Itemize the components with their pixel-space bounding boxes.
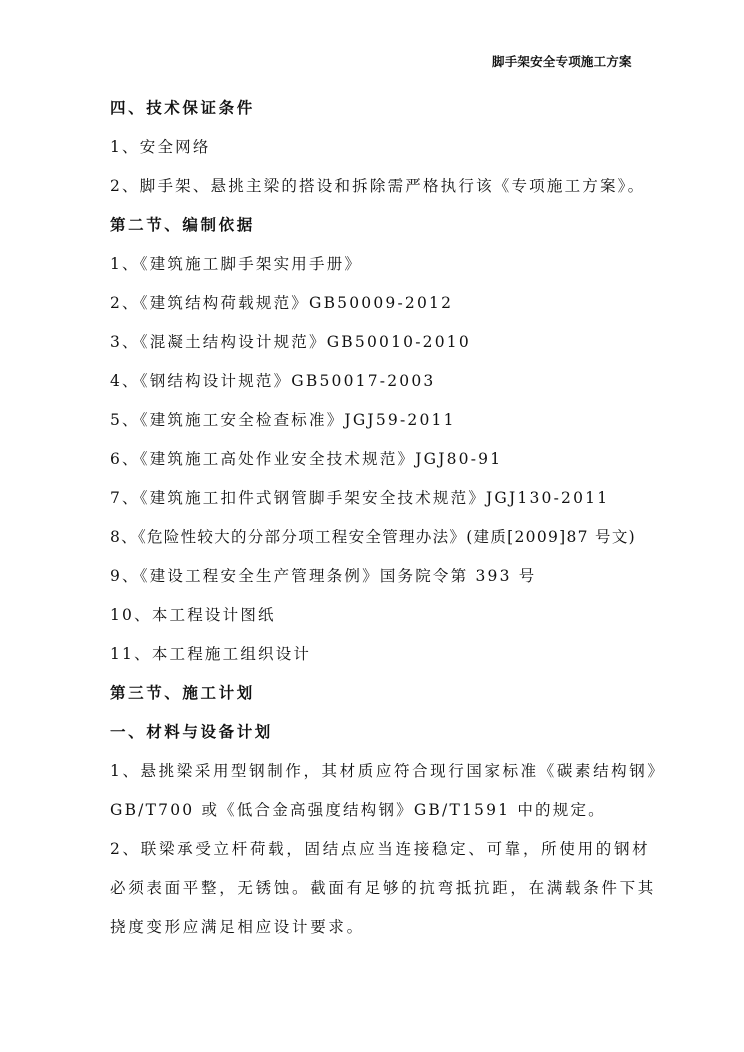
reference-item: 8、《危险性较大的分部分项工程安全管理办法》(建质[2009]87 号文) [110, 525, 650, 564]
section-heading-basis: 第二节、编制依据 [110, 213, 650, 252]
reference-item: 2、《建筑结构荷载规范》GB50009-2012 [110, 291, 650, 330]
list-item: 2、脚手架、悬挑主梁的搭设和拆除需严格执行该《专项施工方案》。 [110, 174, 650, 213]
subheading-materials-equipment: 一、材料与设备计划 [110, 720, 650, 759]
paragraph-line: 挠度变形应满足相应设计要求。 [110, 915, 650, 954]
paragraph-line: 2、联梁承受立杆荷载，固结点应当连接稳定、可靠，所使用的钢材 [110, 837, 650, 876]
reference-item: 11、本工程施工组织设计 [110, 642, 650, 681]
document-body: 四、技术保证条件 1、安全网络 2、脚手架、悬挑主梁的搭设和拆除需严格执行该《专… [110, 96, 650, 954]
paragraph-line: 1、悬挑梁采用型钢制作，其材质应符合现行国家标准《碳素结构钢》 [110, 759, 650, 798]
reference-item: 7、《建筑施工扣件式钢管脚手架安全技术规范》JGJ130-2011 [110, 486, 650, 525]
reference-item: 6、《建筑施工高处作业安全技术规范》JGJ80-91 [110, 447, 650, 486]
paragraph-line: 必须表面平整，无锈蚀。截面有足够的抗弯抵抗距，在满载条件下其 [110, 876, 650, 915]
paragraph-connecting-beam: 2、联梁承受立杆荷载，固结点应当连接稳定、可靠，所使用的钢材 必须表面平整，无锈… [110, 837, 650, 954]
reference-item: 5、《建筑施工安全检查标准》JGJ59-2011 [110, 408, 650, 447]
reference-item: 4、《钢结构设计规范》GB50017-2003 [110, 369, 650, 408]
reference-item: 9、《建设工程安全生产管理条例》国务院令第 393 号 [110, 564, 650, 603]
section-heading-construction-plan: 第三节、施工计划 [110, 681, 650, 720]
reference-item: 3、《混凝土结构设计规范》GB50010-2010 [110, 330, 650, 369]
reference-item: 10、本工程设计图纸 [110, 603, 650, 642]
paragraph-line: GB/T700 或《低合金高强度结构钢》GB/T1591 中的规定。 [110, 798, 650, 837]
reference-item: 1、《建筑施工脚手架实用手册》 [110, 252, 650, 291]
paragraph-steel-beam: 1、悬挑梁采用型钢制作，其材质应符合现行国家标准《碳素结构钢》 GB/T700 … [110, 759, 650, 837]
page-header-title: 脚手架安全专项施工方案 [492, 52, 632, 70]
section-heading-technical-guarantee: 四、技术保证条件 [110, 96, 650, 135]
list-item: 1、安全网络 [110, 135, 650, 174]
